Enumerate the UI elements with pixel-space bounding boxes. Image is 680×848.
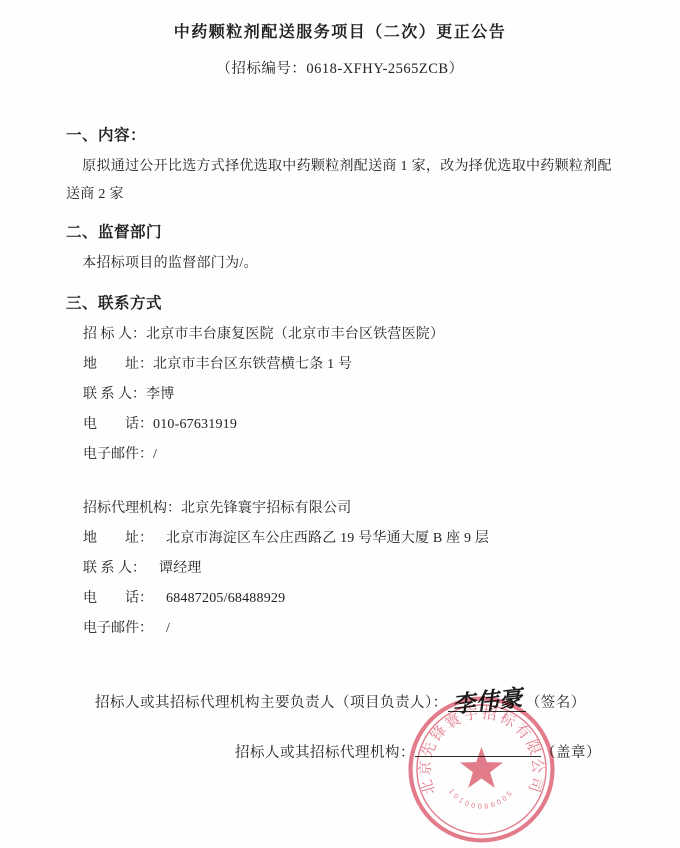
contact-row-tenderer-email: 电子邮件：/ <box>83 440 622 470</box>
document-body: 一、内容： 原拟通过公开比选方式择优选取中药颗粒剂配送商 1 家，改为择优选取中… <box>66 123 622 762</box>
row-label: 电子邮件： <box>83 447 153 462</box>
contact-row-tenderer-contact-person: 联 系 人：李博 <box>83 380 622 410</box>
tenderer-contact-block: 招 标 人：北京市丰台康复医院（北京市丰台区铁营医院） 地 址：北京市丰台区东铁… <box>83 320 622 470</box>
document-title: 中药颗粒剂配送服务项目（二次）更正公告 <box>0 0 680 42</box>
seal-svg: 北京先锋寰宇招标有限公司 1101000860059 <box>406 694 557 845</box>
document-page: 中药颗粒剂配送服务项目（二次）更正公告 （招标编号：0618-XFHY-2565… <box>0 0 680 848</box>
row-label: 联 系 人： <box>83 387 146 402</box>
stamp-star-icon <box>460 747 503 788</box>
contact-row-tenderer-address: 地 址：北京市丰台区东铁营横七条 1 号 <box>83 350 622 380</box>
org-signoff-label: 招标人或其招标代理机构： <box>235 745 415 761</box>
contact-row-agency-email: 电子邮件：/ <box>83 614 622 644</box>
row-value: / <box>166 621 170 636</box>
row-value: 68487205/68488929 <box>166 591 285 606</box>
row-value: / <box>153 447 157 462</box>
row-label: 电 话： <box>83 591 153 606</box>
section-heading-contact: 三、联系方式 <box>66 291 622 313</box>
tender-number: （招标编号：0618-XFHY-2565ZCB） <box>0 57 680 78</box>
row-label: 地 址： <box>83 531 153 546</box>
row-value: 李博 <box>146 387 174 402</box>
principal-signoff-label: 招标人或其招标代理机构主要负责人（项目负责人）： <box>95 695 448 711</box>
contact-row-agency-name: 招标代理机构：北京先锋寰宇招标有限公司 <box>83 494 622 524</box>
row-label: 电 话： <box>83 417 153 432</box>
row-label: 地 址： <box>83 357 153 372</box>
agency-contact-block: 招标代理机构：北京先锋寰宇招标有限公司 地 址：北京市海淀区车公庄西路乙 19 … <box>83 494 622 644</box>
contact-row-tenderer-phone: 电 话：010-67631919 <box>83 410 622 440</box>
row-value: 北京市丰台康复医院（北京市丰台区铁营医院） <box>146 327 444 342</box>
contact-row-agency-contact-person: 联 系 人：谭经理 <box>83 554 622 584</box>
row-label: 招标代理机构： <box>83 501 181 516</box>
section-heading-content: 一、内容： <box>66 123 622 145</box>
row-value: 谭经理 <box>159 561 202 576</box>
row-label: 联 系 人： <box>83 561 146 576</box>
contact-row-tenderer-name: 招 标 人：北京市丰台康复医院（北京市丰台区铁营医院） <box>83 320 622 350</box>
row-value: 北京市海淀区车公庄西路乙 19 号华通大厦 B 座 9 层 <box>166 531 489 546</box>
row-value: 010-67631919 <box>153 417 237 432</box>
contact-row-agency-phone: 电 话：68487205/68488929 <box>83 584 622 614</box>
row-value: 北京先锋寰宇招标有限公司 <box>181 501 351 516</box>
content-paragraph: 原拟通过公开比选方式择优选取中药颗粒剂配送商 1 家，改为择优选取中药颗粒剂配送… <box>66 153 622 209</box>
row-value: 北京市丰台区东铁营横七条 1 号 <box>153 357 352 372</box>
contact-row-agency-address: 地 址：北京市海淀区车公庄西路乙 19 号华通大厦 B 座 9 层 <box>83 524 622 554</box>
supervision-paragraph: 本招标项目的监督部门为/。 <box>66 250 622 278</box>
section-heading-supervision: 二、监督部门 <box>66 220 622 242</box>
row-label: 招 标 人： <box>83 327 146 342</box>
company-seal-stamp: 北京先锋寰宇招标有限公司 1101000860059 <box>406 694 557 845</box>
row-label: 电子邮件： <box>83 621 153 636</box>
